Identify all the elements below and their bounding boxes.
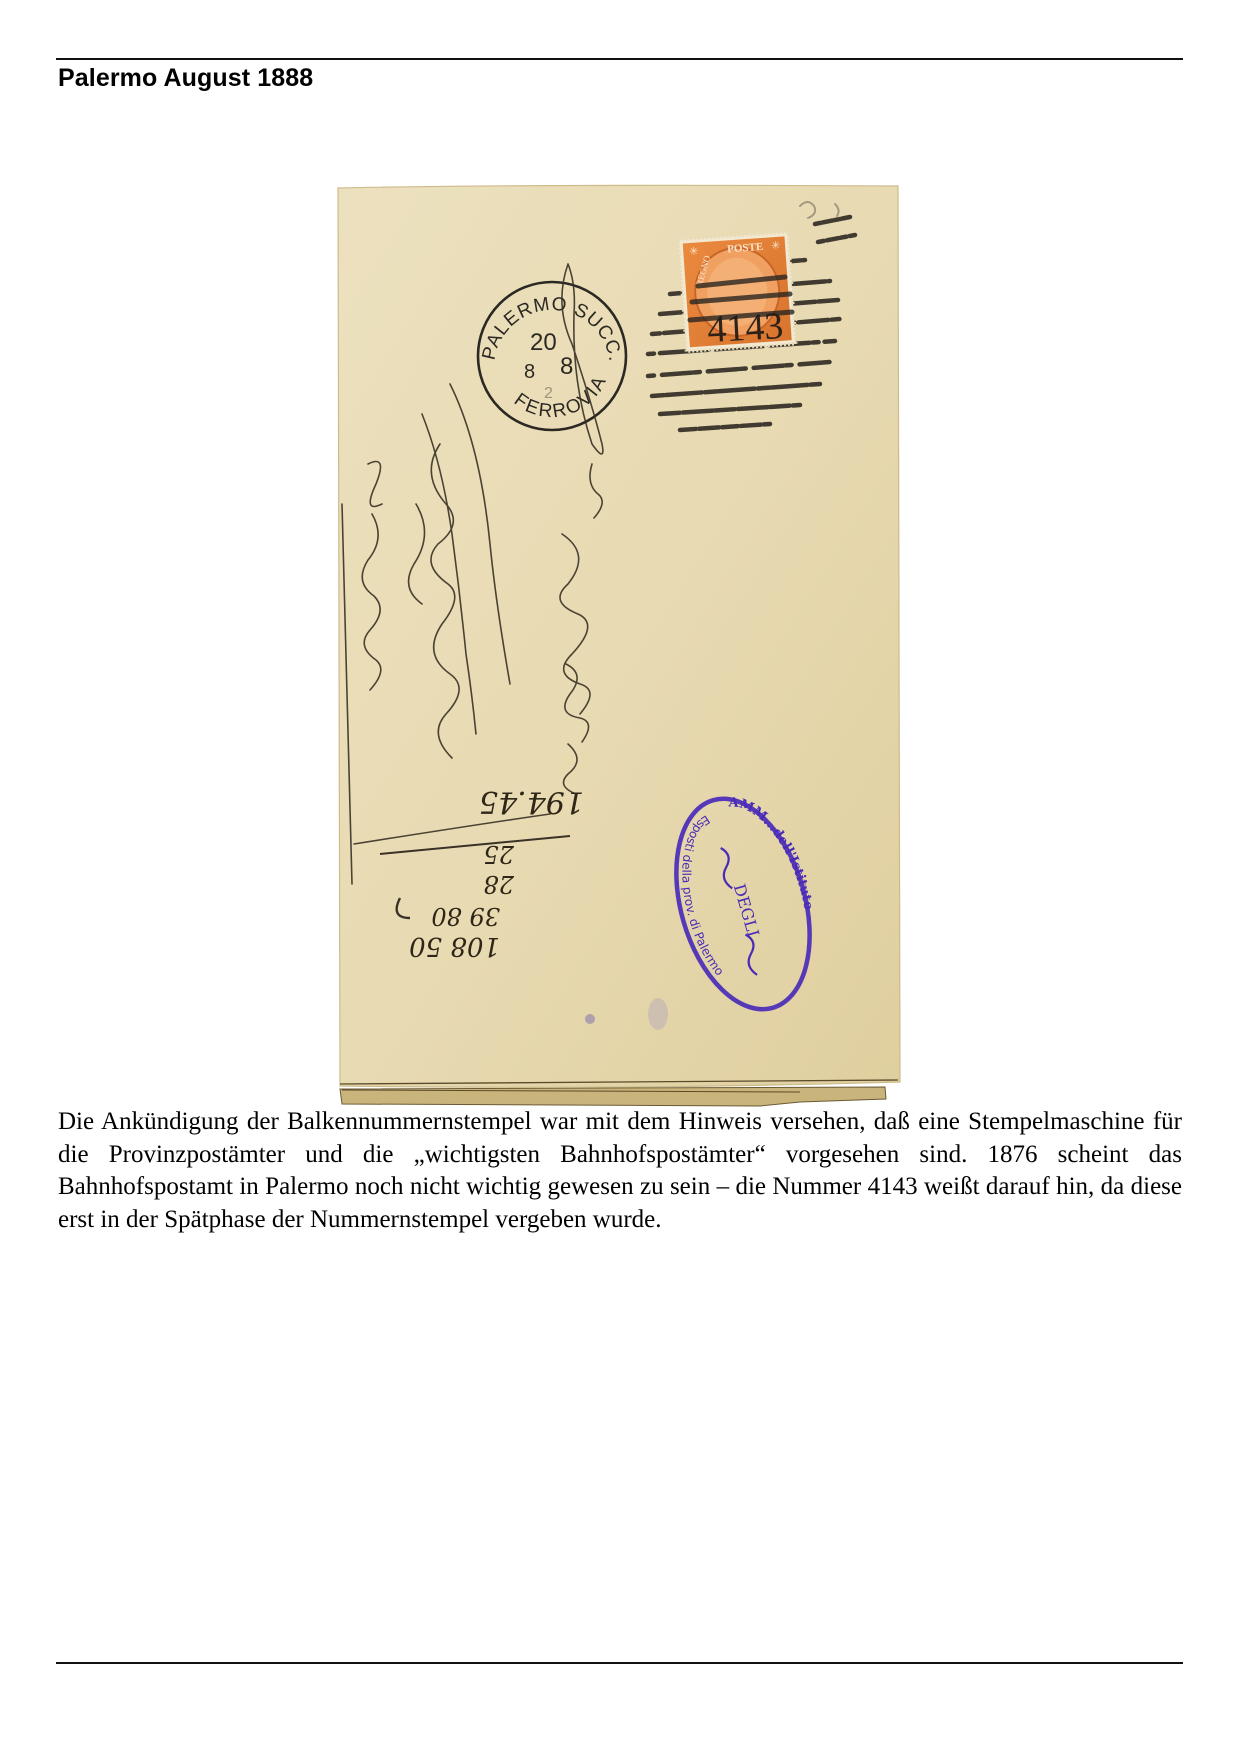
svg-text:28: 28 (483, 870, 515, 898)
svg-text:✳: ✳ (771, 240, 781, 253)
caption-text: Die Ankündigung der Balkennummernstempel… (58, 1106, 1182, 1236)
svg-text:39 80: 39 80 (431, 902, 500, 930)
cover-image: POSTE REGNO ✳ ✳ 4143 PALERMO SUCC. FERRO… (330, 184, 905, 1109)
svg-text:108 50: 108 50 (409, 931, 500, 961)
page-title: Palermo August 1888 (58, 64, 313, 93)
svg-text:20: 20 (530, 329, 557, 356)
header-rule (56, 58, 1183, 60)
svg-text:8: 8 (524, 361, 535, 383)
footer-rule (56, 1662, 1183, 1664)
svg-text:194.45: 194.45 (479, 784, 584, 819)
svg-text:8: 8 (560, 353, 573, 380)
svg-text:✳: ✳ (689, 245, 699, 258)
svg-text:POSTE: POSTE (727, 241, 764, 255)
cancel-number: 4143 (706, 305, 784, 351)
svg-text:2: 2 (544, 385, 553, 402)
caption-paragraph: Die Ankündigung der Balkennummernstempel… (58, 1106, 1182, 1236)
